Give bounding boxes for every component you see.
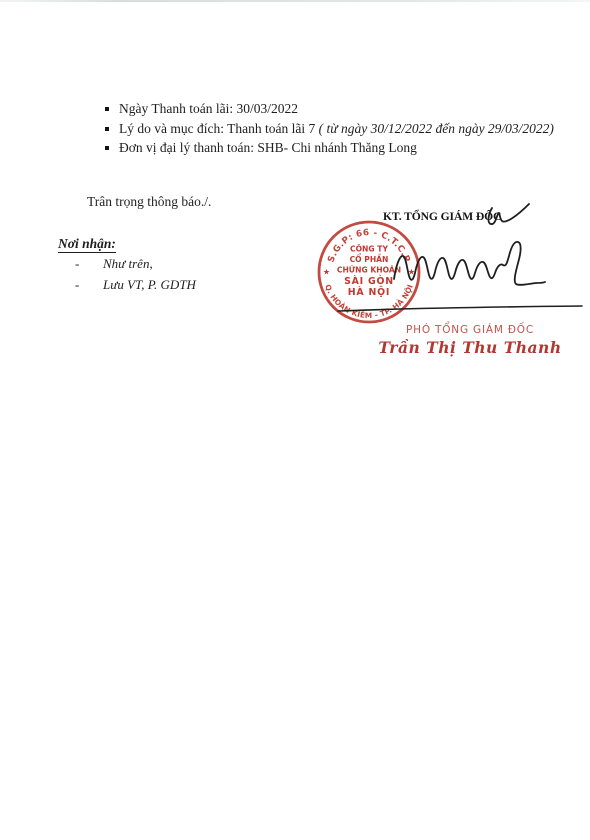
bullet-square-icon — [105, 127, 109, 131]
recipients-heading: Nơi nhận: — [58, 236, 116, 252]
closing-statement: Trân trọng thông báo./. — [87, 194, 211, 210]
recipient-text: Như trên, — [103, 256, 153, 272]
bullet-item-reason: Lý do và mục đích: Thanh toán lãi 7 ( từ… — [104, 121, 564, 136]
bullet-item-paying-agent: Đơn vị đại lý thanh toán: SHB- Chi nhánh… — [104, 140, 564, 155]
signature-underline — [338, 306, 582, 311]
bullet-text: Lý do và mục đích: Thanh toán lãi 7 — [119, 121, 319, 136]
scan-edge-artifact — [0, 0, 590, 2]
document-page: Ngày Thanh toán lãi: 30/03/2022 Lý do và… — [0, 0, 590, 840]
bullet-text: Đơn vị đại lý thanh toán: SHB- Chi nhánh… — [119, 140, 417, 155]
signer-name: Trần Thị Thu Thanh — [370, 338, 570, 357]
recipient-text: Lưu VT, P. GDTH — [103, 277, 196, 293]
bullet-square-icon — [105, 107, 109, 111]
bullet-square-icon — [105, 146, 109, 150]
recipient-dash: - — [75, 256, 79, 272]
signature-flourish-curl — [488, 204, 529, 224]
signature-main-stroke — [394, 242, 545, 285]
handwritten-signature — [330, 195, 590, 320]
bullet-text-italic: ( từ ngày 30/12/2022 đến ngày 29/03/2022… — [319, 121, 554, 136]
bullet-text: Ngày Thanh toán lãi: 30/03/2022 — [119, 101, 298, 116]
stamp-star-left-icon: ★ — [323, 268, 330, 277]
recipient-dash: - — [75, 277, 79, 293]
bullet-list: Ngày Thanh toán lãi: 30/03/2022 Lý do và… — [104, 101, 564, 160]
bullet-item-payment-date: Ngày Thanh toán lãi: 30/03/2022 — [104, 101, 564, 116]
deputy-title: PHÓ TỔNG GIÁM ĐỐC — [370, 324, 570, 336]
